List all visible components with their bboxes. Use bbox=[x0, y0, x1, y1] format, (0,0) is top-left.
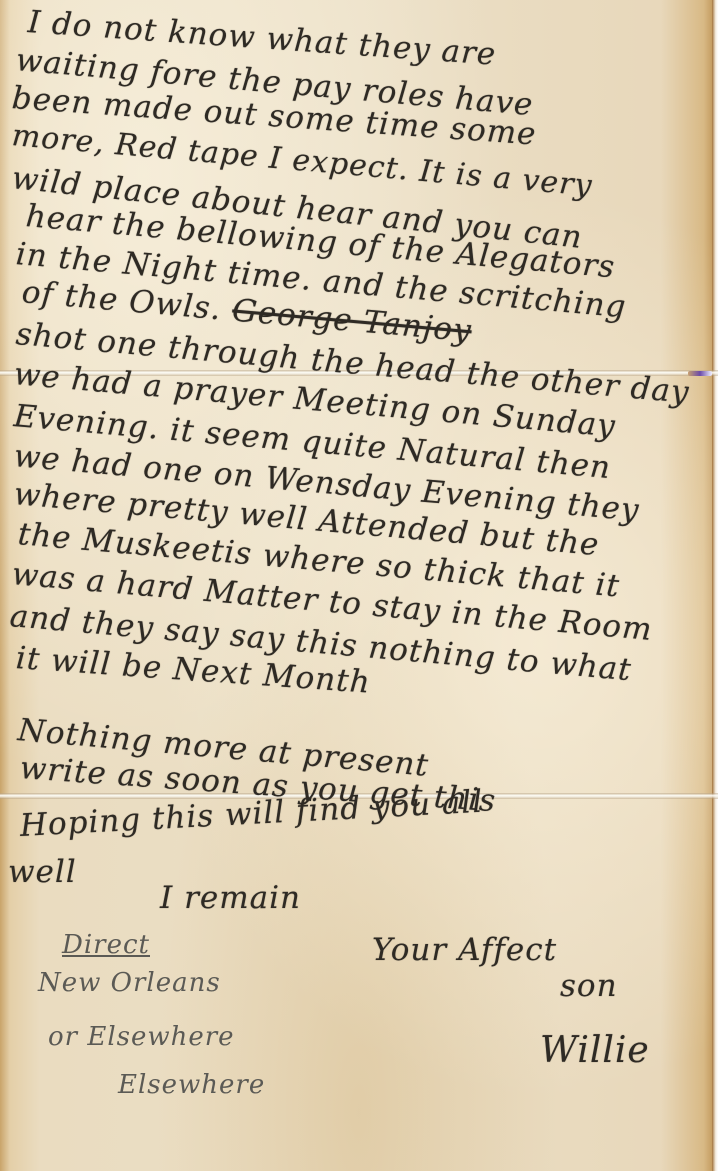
page-edge bbox=[712, 0, 718, 1171]
closing-son: son bbox=[560, 968, 618, 1004]
signature: Willie bbox=[540, 1030, 650, 1071]
fold-ink-mark bbox=[688, 371, 712, 376]
letter-line: I remain bbox=[160, 880, 301, 916]
address-elsewhere: Elsewhere bbox=[118, 1070, 265, 1100]
address-city: New Orleans bbox=[38, 968, 221, 998]
address-direct: Direct bbox=[62, 930, 150, 960]
letter-page: I do not know what they are waiting fore… bbox=[0, 0, 718, 1171]
letter-line: well bbox=[8, 854, 77, 890]
address-alt: or Elsewhere bbox=[48, 1022, 235, 1052]
closing-line: Your Affect bbox=[372, 932, 557, 968]
